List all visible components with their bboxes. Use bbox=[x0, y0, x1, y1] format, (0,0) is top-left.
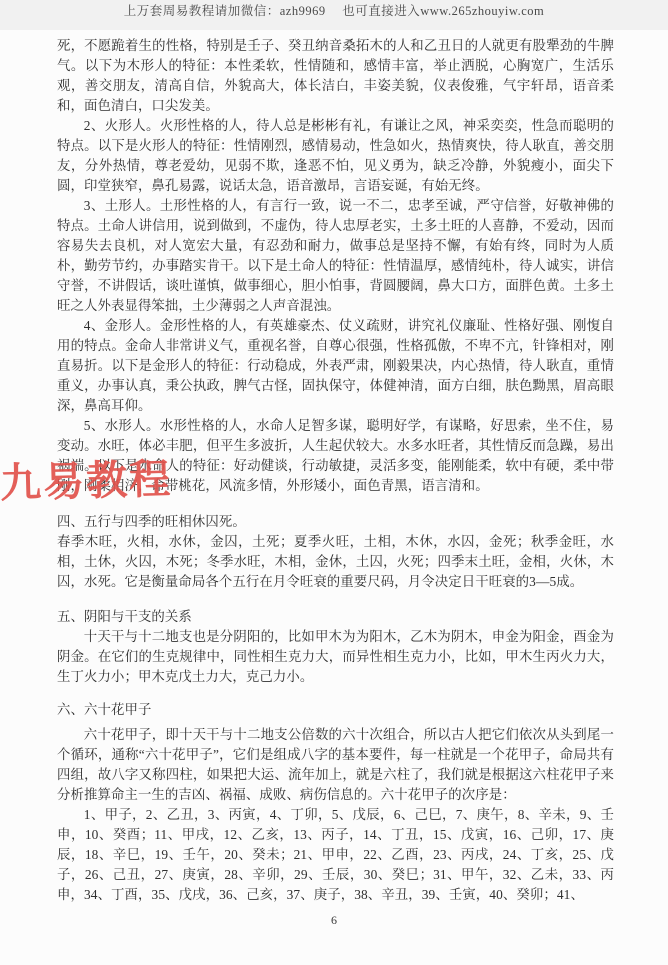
section-title-four: 四、五行与四季的旺相休囚死。 bbox=[57, 512, 614, 532]
paragraph-sixty-jiazi-intro: 六十花甲子，即十天干与十二地支公倍数的六十次组合，所以古人把它们依次从头到尾一个… bbox=[57, 725, 614, 805]
paragraph-wood-continuation: 死，不愿跪着生的性格，特别是壬子、癸丑纳音桑拓木的人和乙丑日的人就更有股犟劲的牛… bbox=[57, 36, 614, 116]
header-promo-text: 上万套周易教程请加微信：azh9969 也可直接进入www.265zhouyiw… bbox=[0, 3, 668, 19]
page-number: 6 bbox=[0, 913, 668, 928]
watermark-jiuyi-jiaocheng: 九易教程 bbox=[0, 446, 173, 509]
paragraph-metal-type: 4、金形人。金形性格的人，有英雄豪杰、仗义疏财，讲究礼仪廉耻、性格好强、刚愎自用… bbox=[57, 316, 614, 416]
document-page: 上万套周易教程请加微信：azh9969 也可直接进入www.265zhouyiw… bbox=[0, 0, 668, 965]
paragraph-fire-type: 2、火形人。火形性格的人，待人总是彬彬有礼，有谦让之风，神采奕奕，性急而聪明的特… bbox=[57, 116, 614, 196]
paragraph-sixty-jiazi-list: 1、甲子，2、乙丑，3、丙寅，4、丁卯，5、戊辰，6、己巳，7、庚午，8、辛未，… bbox=[57, 805, 614, 905]
section-title-six: 六、六十花甲子 bbox=[57, 700, 614, 720]
paragraph-seasons-prosperity: 春季木旺，火相，水休，金囚，土死；夏季火旺，土相，木休，水囚，金死；秋季金旺，水… bbox=[57, 532, 614, 592]
paragraph-earth-type: 3、土形人。土形性格的人，有言行一致，说一不二，忠孝至诚，严守信誉，好敬神佛的特… bbox=[57, 196, 614, 316]
section-title-five: 五、阴阳与干支的关系 bbox=[57, 607, 614, 627]
paragraph-yinyang-ganzhi: 十天干与十二地支也是分阴阳的，比如甲木为为阳木，乙木为阴木，申金为阳金，酉金为阴… bbox=[57, 627, 614, 687]
